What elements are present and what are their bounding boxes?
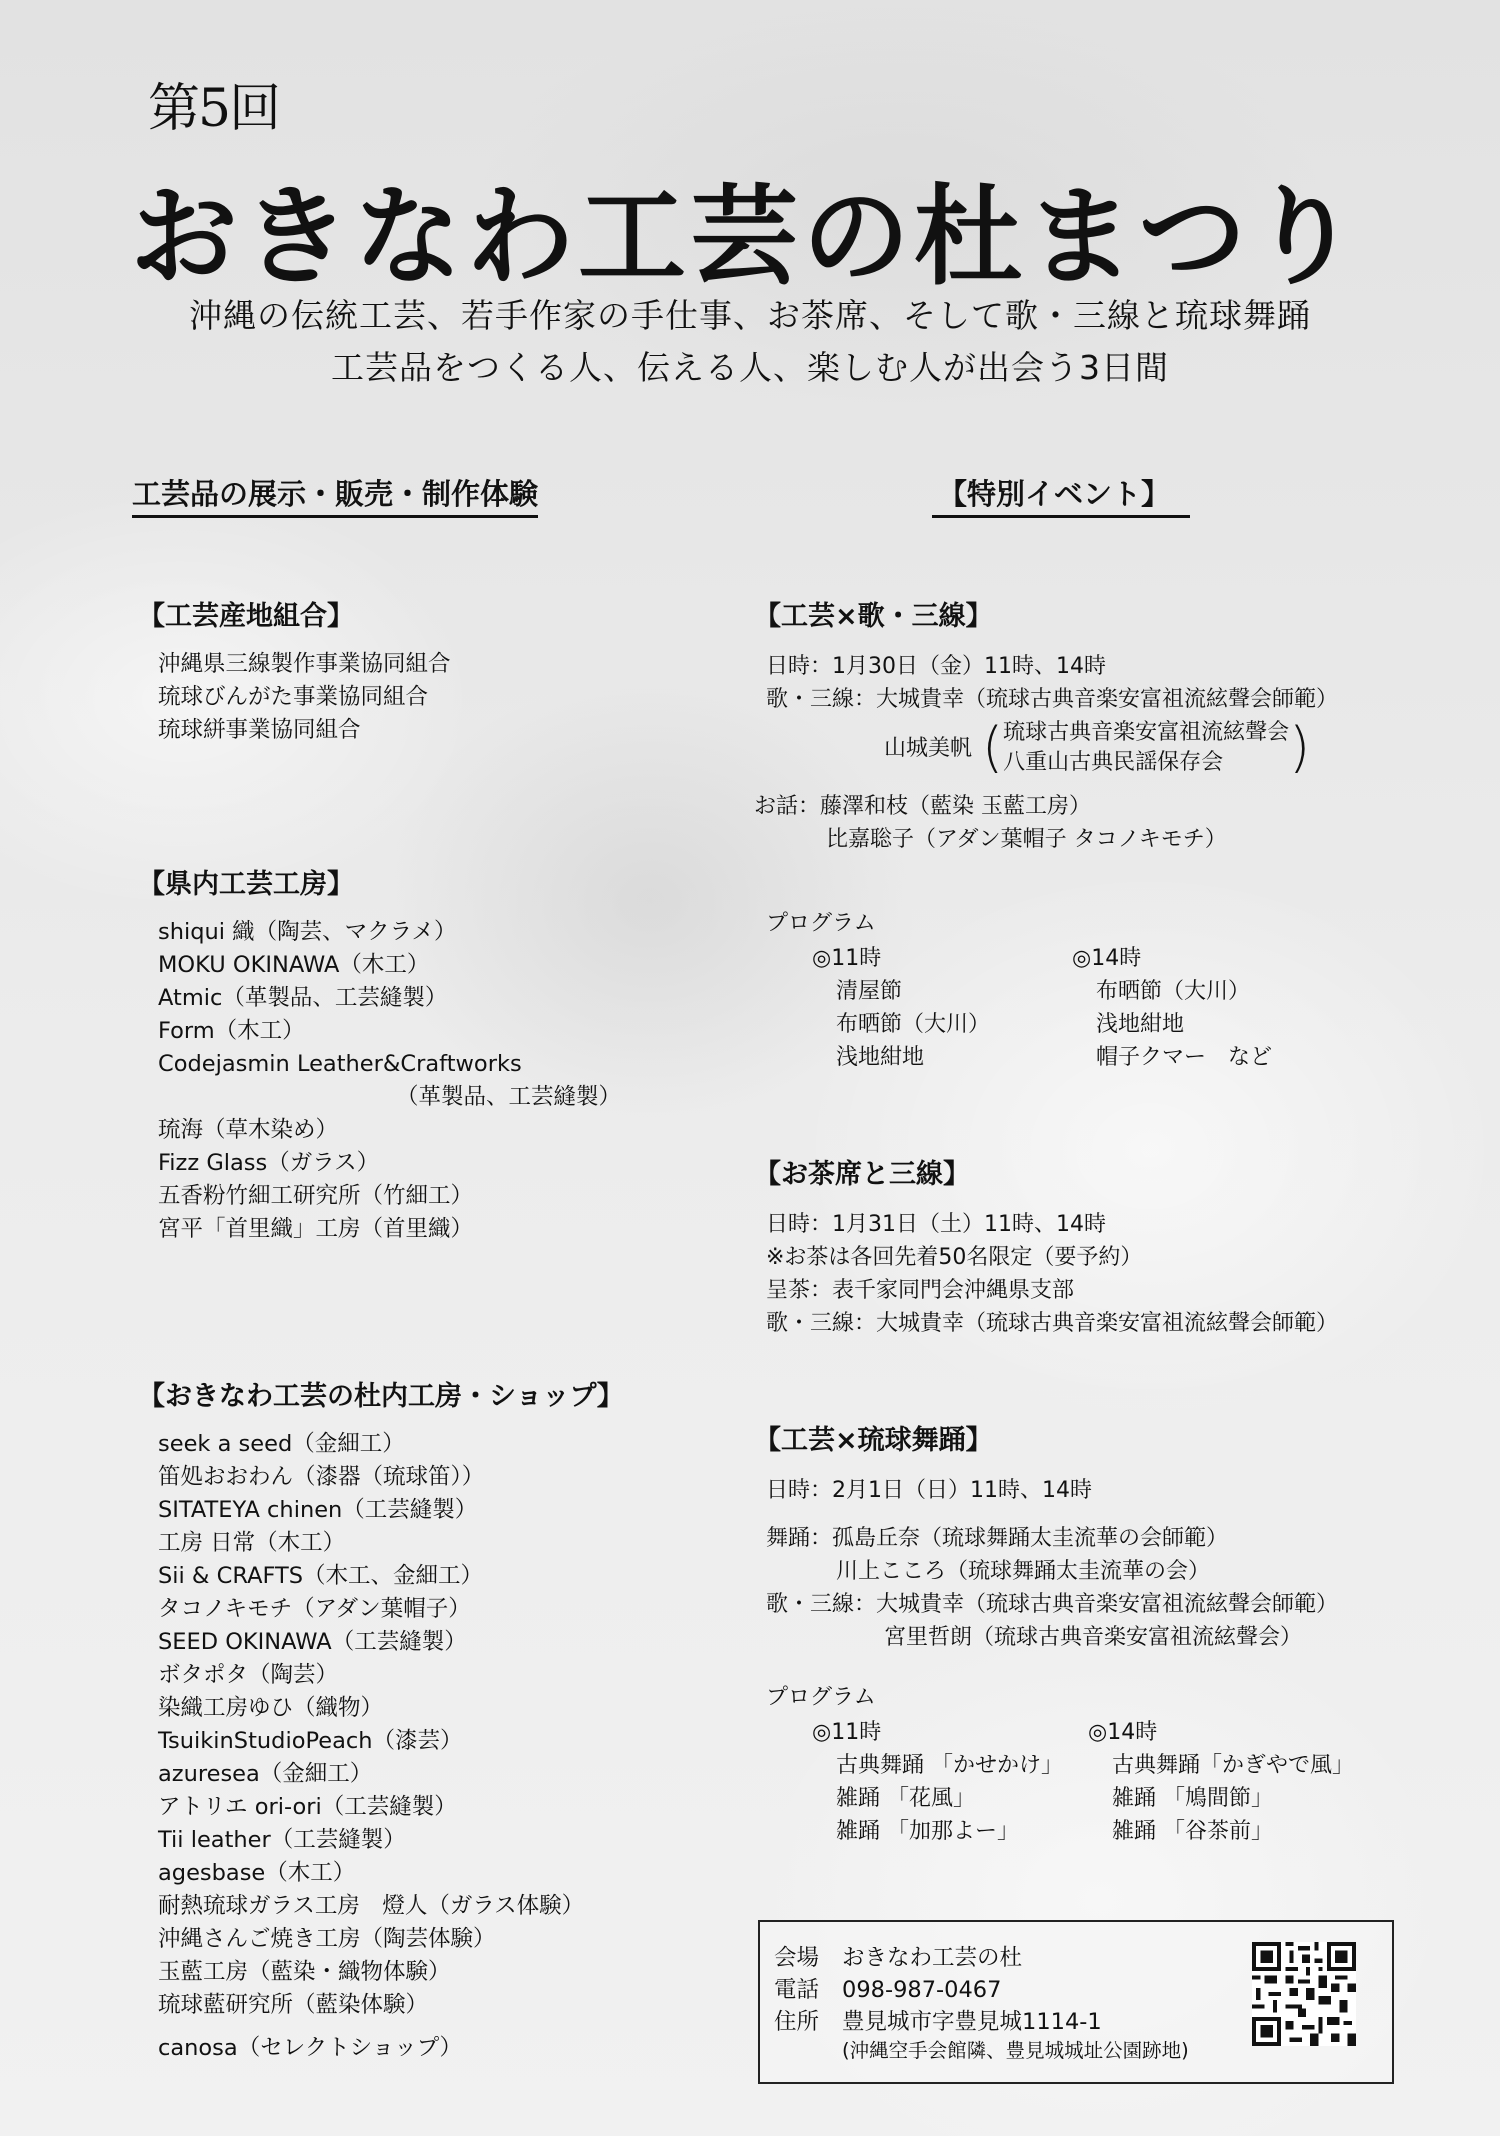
list-item: azuresea（金細工） [158,1758,584,1791]
list-item: 工房 日常（木工） [158,1527,584,1560]
list-item: agesbase（木工） [158,1857,584,1890]
address-note: (沖縄空手会館隣、豊見城城址公園跡地) [774,2038,1189,2064]
event-3-dancers-2: 川上こころ（琉球舞踊太圭流華の会） [836,1555,1210,1588]
performer-name: 山城美帆 [884,732,972,765]
in-house-shops-list: seek a seed（金細工） 笛処おおわん（漆器（琉球笛）） SITATEY… [158,1428,584,2065]
list-item: shiqui 織（陶芸、マクラメ） [158,916,621,949]
list-item: 耐熱琉球ガラス工房 燈人（ガラス体験） [158,1890,584,1923]
list-item: タコノキモチ（アダン葉帽子） [158,1593,584,1626]
program-item: 古典舞踊「かぎやで風」 [1088,1749,1354,1782]
event-1-performer-2: 山城美帆 ( 琉球古典音楽安富祖流絃聲会 八重山古典民謡保存会 ) [884,718,1310,778]
program-item: 浅地紺地 [812,1041,990,1074]
program-item: 雑踊 「加那よー」 [812,1815,1063,1848]
event-3-datetime: 日時：2月1日（日）11時、14時 [766,1474,1092,1507]
page-title: おきなわ工芸の杜まつり [130,150,1362,305]
venue-row: 会場おきなわ工芸の杜 [774,1942,1189,1974]
close-paren: ) [1289,718,1310,778]
list-item: Codejasmin Leather&Craftworks [158,1048,621,1081]
program-item: 古典舞踊 「かせかけ」 [812,1749,1063,1782]
subtitle-line-1: 沖縄の伝統工芸、若手作家の手仕事、お茶席、そして歌・三線と琉球舞踊 [0,290,1500,337]
event-2-performer: 歌・三線：大城貴幸（琉球古典音楽安富祖流絃聲会師範） [766,1307,1338,1340]
performer-affiliations: 琉球古典音楽安富祖流絃聲会 八重山古典民謡保存会 [1003,718,1289,778]
event-2-details: 日時：1月31日（土）11時、14時 ※お茶は各回先着50名限定（要予約） 呈茶… [766,1208,1338,1340]
list-item: 染織工房ゆひ（織物） [158,1692,584,1725]
event-1-talk-1: お話：藤澤和枝（藍染 玉藍工房） [754,790,1091,823]
list-item: SEED OKINAWA（工芸縫製） [158,1626,584,1659]
edition-label: 第5回 [148,66,279,141]
event-2-datetime: 日時：1月31日（土）11時、14時 [766,1208,1338,1241]
program-time: ◎14時 [1072,942,1272,975]
event-3-sanshin-1: 歌・三線：大城貴幸（琉球古典音楽安富祖流絃聲会師範） [766,1588,1338,1621]
venue-info: 会場おきなわ工芸の杜 電話098-987-0467 住所豊見城市字豊見城1114… [774,1942,1189,2064]
open-paren: ( [982,718,1003,778]
program-time: ◎14時 [1088,1716,1354,1749]
program-item: 雑踊 「花風」 [812,1782,1063,1815]
phone-value[interactable]: 098-987-0467 [842,1977,1001,2003]
list-item: 玉藍工房（藍染・織物体験） [158,1956,584,1989]
program-item: 雑踊 「鳩間節」 [1088,1782,1354,1815]
event-3-dancers-1: 舞踊：孤島丘奈（琉球舞踊太圭流華の会師範） [766,1522,1228,1555]
venue-value: おきなわ工芸の杜 [842,1945,1022,1971]
list-item: Fizz Glass（ガラス） [158,1147,621,1180]
event-2-note: ※お茶は各回先着50名限定（要予約） [766,1241,1338,1274]
list-item: 琉海（草木染め） [158,1114,621,1147]
list-item: 宮平「首里織」工房（首里織） [158,1213,621,1246]
list-item: TsuikinStudioPeach（漆芸） [158,1725,584,1758]
venue-info-box: 会場おきなわ工芸の杜 電話098-987-0467 住所豊見城市字豊見城1114… [758,1920,1394,2084]
section-title-in-house-shops: 【おきなわ工芸の杜内工房・ショップ】 [138,1374,624,1413]
program-time: ◎11時 [812,942,990,975]
list-item: 笛処おおわん（漆器（琉球笛）） [158,1461,584,1494]
list-item-note: （革製品、工芸縫製） [158,1081,621,1114]
event-2-tea: 呈茶：表千家同門会沖縄県支部 [766,1274,1338,1307]
list-item: 琉球びんがた事業協同組合 [158,681,451,714]
event-title-craft-ryukyu-dance: 【工芸×琉球舞踊】 [754,1418,993,1457]
event-1-program-label: プログラム [766,906,876,937]
program-item: 浅地紺地 [1072,1008,1272,1041]
right-column-heading: 【特別イベント】 [932,472,1190,518]
list-item: Atmic（革製品、工芸縫製） [158,982,621,1015]
list-item: seek a seed（金細工） [158,1428,584,1461]
section-title-prefectural-studios: 【県内工芸工房】 [138,862,354,901]
venue-label: 会場 [774,1942,842,1974]
list-item: 琉球藍研究所（藍染体験） [158,1989,584,2022]
event-1-program-14: ◎14時 布晒節（大川） 浅地紺地 帽子クマー など [1072,942,1272,1074]
list-item: canosa（セレクトショップ） [158,2032,584,2065]
program-item: 布晒節（大川） [1072,975,1272,1008]
section-title-craft-unions: 【工芸産地組合】 [138,594,354,633]
list-item: 五香粉竹細工研究所（竹細工） [158,1180,621,1213]
list-item: 琉球絣事業協同組合 [158,714,451,747]
program-item: 雑踊 「谷茶前」 [1088,1815,1354,1848]
qr-code-icon[interactable] [1252,1942,1356,2046]
event-1-datetime: 日時：1月30日（金）11時、14時 [766,650,1106,683]
list-item: SITATEYA chinen（工芸縫製） [158,1494,584,1527]
list-item: アトリエ ori-ori（工芸縫製） [158,1791,584,1824]
address-label: 住所 [774,2006,842,2038]
list-item: Tii leather（工芸縫製） [158,1824,584,1857]
program-item: 帽子クマー など [1072,1041,1272,1074]
program-item: 布晒節（大川） [812,1008,990,1041]
craft-unions-list: 沖縄県三線製作事業協同組合 琉球びんがた事業協同組合 琉球絣事業協同組合 [158,648,451,747]
event-title-craft-song-sanshin: 【工芸×歌・三線】 [754,594,993,633]
phone-row: 電話098-987-0467 [774,1974,1189,2006]
phone-label: 電話 [774,1974,842,2006]
event-3-program-label: プログラム [766,1680,876,1711]
list-item: Sii & CRAFTS（木工、金細工） [158,1560,584,1593]
address-row: 住所豊見城市字豊見城1114-1 [774,2006,1189,2038]
list-item: 沖縄さんご焼き工房（陶芸体験） [158,1923,584,1956]
address-value: 豊見城市字豊見城1114-1 [842,2009,1102,2035]
event-1-performer-1: 歌・三線：大城貴幸（琉球古典音楽安富祖流絃聲会師範） [766,683,1338,716]
affiliation-2: 八重山古典民謡保存会 [1003,748,1289,778]
program-item: 清屋節 [812,975,990,1008]
list-item: Form（木工） [158,1015,621,1048]
program-time: ◎11時 [812,1716,1063,1749]
event-3-program-14: ◎14時 古典舞踊「かぎやで風」 雑踊 「鳩間節」 雑踊 「谷茶前」 [1088,1716,1354,1848]
list-item: ボタポタ（陶芸） [158,1659,584,1692]
affiliation-1: 琉球古典音楽安富祖流絃聲会 [1003,718,1289,748]
prefectural-studios-list: shiqui 織（陶芸、マクラメ） MOKU OKINAWA（木工） Atmic… [158,916,621,1246]
subtitle-line-2: 工芸品をつくる人、伝える人、楽しむ人が出会う3日間 [0,342,1500,389]
event-3-sanshin-2: 宮里哲朗（琉球古典音楽安富祖流絃聲会） [884,1621,1302,1654]
event-title-tea-sanshin: 【お茶席と三線】 [754,1152,970,1191]
list-item: MOKU OKINAWA（木工） [158,949,621,982]
list-item: 沖縄県三線製作事業協同組合 [158,648,451,681]
event-3-program-11: ◎11時 古典舞踊 「かせかけ」 雑踊 「花風」 雑踊 「加那よー」 [812,1716,1063,1848]
event-1-program-11: ◎11時 清屋節 布晒節（大川） 浅地紺地 [812,942,990,1074]
left-column-heading: 工芸品の展示・販売・制作体験 [132,472,538,518]
event-1-talk-2: 比嘉聡子（アダン葉帽子 タコノキモチ） [826,823,1227,856]
